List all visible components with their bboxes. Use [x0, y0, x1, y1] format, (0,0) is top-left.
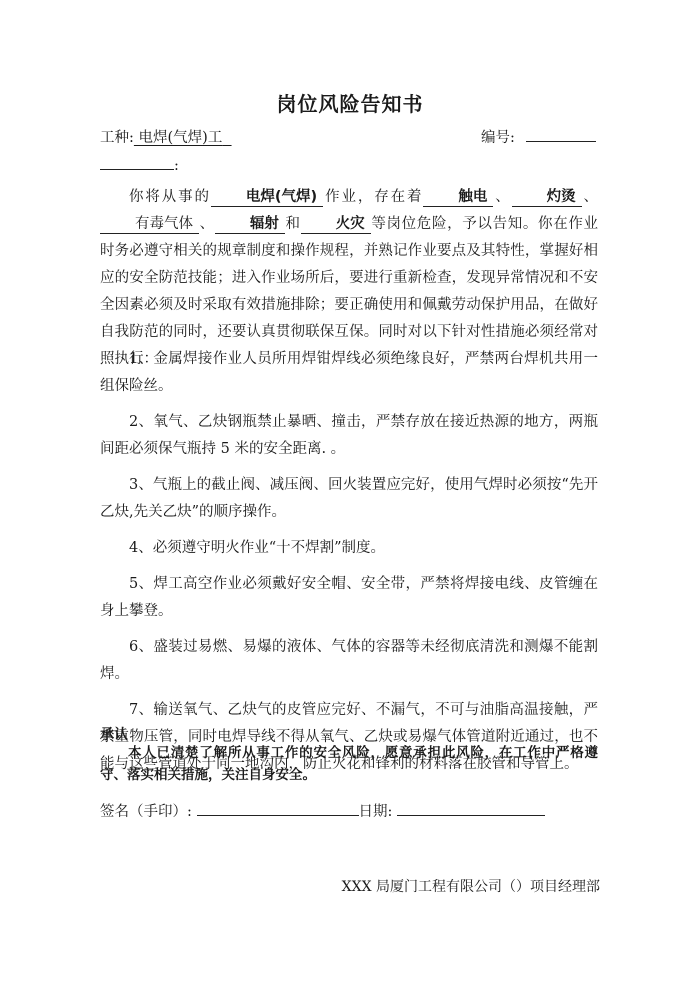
signature-field[interactable]	[197, 801, 359, 816]
addressee-line: :	[100, 155, 179, 174]
number-label: 编号:	[481, 130, 515, 146]
intro-prefix: 你将从事的	[129, 189, 211, 205]
number-line: 编号:	[481, 126, 596, 147]
measure-item: 1、金属焊接作业人员所用焊钳焊线必须绝缘良好，严禁两台焊机共用一组保险丝。	[100, 346, 598, 400]
job-type-value: 电焊(气焊)工	[134, 130, 232, 146]
measure-item: 2、氧气、乙炔钢瓶禁止暴晒、撞击，严禁存放在接近热源的地方，两瓶间距必须保气瓶持…	[100, 409, 598, 463]
signature-label: 签名（手印）:	[100, 804, 192, 820]
separator: 、	[199, 216, 215, 232]
measure-item: 5、焊工高空作业必须戴好安全帽、安全带，严禁将焊接电线、皮管缠在身上攀登。	[100, 571, 598, 625]
document-page: 岗位风险告知书 工种: 电焊(气焊)工 编号: : 你将从事的电焊(气焊)作业，…	[0, 0, 700, 990]
risk-item: 有毒气体	[100, 216, 199, 234]
measure-item: 4、必须遵守明火作业“十不焊割”制度。	[100, 535, 598, 562]
measure-item: 6、盛装过易燃、易爆的液体、气体的容器等未经彻底清洗和测爆不能割焊。	[100, 634, 598, 688]
acknowledgement-body: 本人已清楚了解所从事工作的安全风险，愿意承担此风险，在工作中严格遵守、落实相关措…	[100, 742, 598, 786]
intro-paragraph: 你将从事的电焊(气焊)作业，存在着触电、灼烫、有毒气体、辐射和火灾等岗位危险，予…	[100, 184, 598, 373]
addressee-field[interactable]	[100, 155, 174, 170]
document-title: 岗位风险告知书	[0, 88, 700, 117]
risk-item: 触电	[423, 189, 493, 207]
risk-item: 辐射	[215, 216, 285, 234]
acknowledgement-title: 承认	[100, 724, 128, 744]
risk-item: 灼烫	[512, 189, 582, 207]
measure-item: 3、气瓶上的截止阀、减压阀、回火装置应完好，使用气焊时必须按“先开乙炔,先关乙炔…	[100, 472, 598, 526]
risk-item: 火灾	[301, 216, 371, 234]
job-type-line: 工种: 电焊(气焊)工	[100, 126, 232, 147]
addressee-colon: :	[174, 158, 179, 174]
footer-organization: XXX 局厦门工程有限公司（）项目经理部	[342, 876, 600, 896]
work-type: 电焊(气焊)	[211, 189, 323, 207]
date-field[interactable]	[397, 801, 545, 816]
date-label: 日期:	[359, 804, 393, 820]
and-word: 和	[285, 216, 301, 232]
job-type-label: 工种:	[100, 130, 134, 146]
separator: 、	[493, 189, 511, 205]
measures-list: 1、金属焊接作业人员所用焊钳焊线必须绝缘良好，严禁两台焊机共用一组保险丝。 2、…	[100, 346, 598, 787]
number-field[interactable]	[526, 127, 596, 142]
intro-mid: 作业，存在着	[323, 189, 423, 205]
signature-line: 签名（手印）: 日期:	[100, 800, 545, 821]
separator: 、	[582, 189, 598, 205]
intro-suffix: 等岗位危险，予以告知。你在作业时务必遵守相关的规章制度和操作规程，并熟记作业要点…	[100, 216, 598, 367]
